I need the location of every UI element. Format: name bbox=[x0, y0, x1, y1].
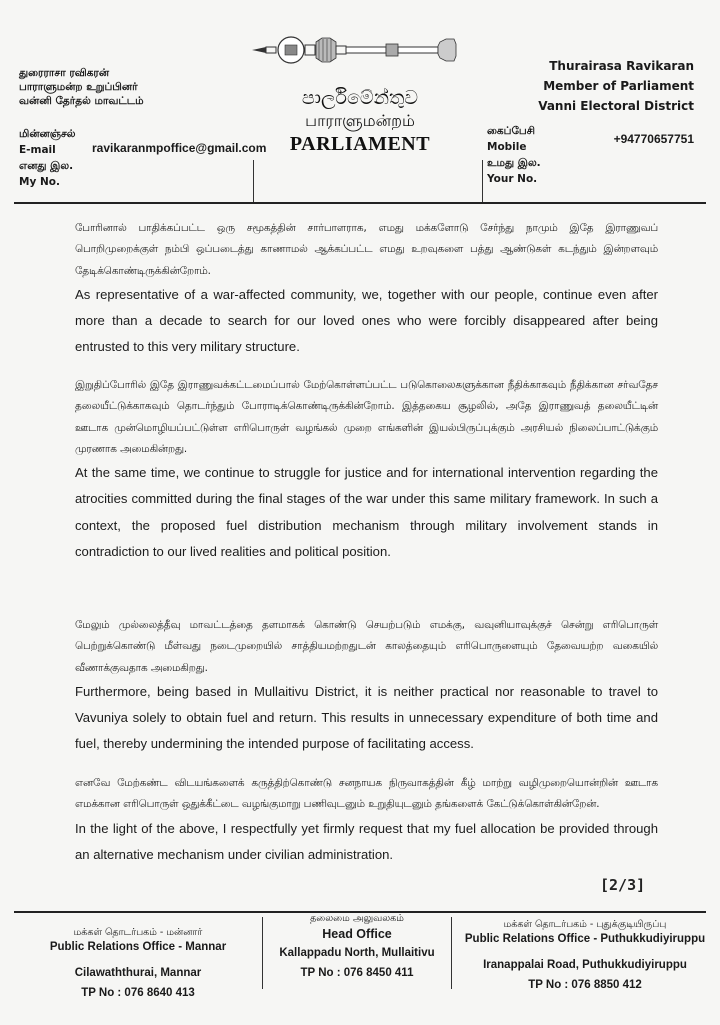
office-phone[interactable]: TP No : 076 8450 411 bbox=[262, 963, 452, 983]
mobile-label: Mobile bbox=[487, 140, 541, 156]
contact-labels-right: கைப்பேசி Mobile உமது இல. Your No. bbox=[487, 124, 541, 188]
parliament-title: පාර්ලිමේන්තුව பாராளுமன்றம் PARLIAMENT bbox=[270, 86, 450, 156]
mp-details-tamil: துரைராசா ரவிகரன் பாராளுமன்ற உறுப்பினர் வ… bbox=[19, 66, 144, 108]
mobile-label-tamil: கைப்பேசி bbox=[487, 124, 541, 140]
office-title-tamil: மக்கள் தொடர்பகம் - புதுக்குடியிருப்பு bbox=[452, 918, 718, 932]
your-no-label-tamil: உமது இல. bbox=[487, 156, 541, 172]
office-title: Public Relations Office - Puthukkudiyiru… bbox=[452, 932, 718, 947]
header-rule bbox=[14, 202, 706, 204]
email-label-tamil: மின்னஞ்சல் bbox=[19, 127, 76, 143]
paragraph-2-english: At the same time, we continue to struggl… bbox=[75, 460, 658, 565]
paragraph-4: எனவே மேற்கண்ட விடயங்களைக் கருத்திற்கொண்ட… bbox=[75, 773, 658, 868]
paragraph-1-tamil: போரினால் பாதிக்கப்பட்ட ஒரு சமூகத்தின் சா… bbox=[75, 218, 658, 282]
mp-district-tamil: வன்னி தேர்தல் மாவட்டம் bbox=[19, 94, 144, 108]
office-title-tamil: தலைமை அலுவலகம் bbox=[262, 912, 452, 926]
paragraph-1-english: As representative of a war-affected comm… bbox=[75, 282, 658, 361]
parliament-title-sinhala: පාර්ලිමේන්තුව bbox=[270, 86, 450, 110]
mp-name-english: Thurairasa Ravikaran bbox=[538, 56, 694, 76]
paragraph-3-english: Furthermore, being based in Mullaitivu D… bbox=[75, 679, 658, 758]
parliament-title-tamil: பாராளுமன்றம் bbox=[270, 110, 450, 132]
paragraph-3: மேலும் முல்லைத்தீவு மாவட்டத்தை தளமாகக் க… bbox=[75, 615, 658, 758]
paragraph-4-tamil: எனவே மேற்கண்ட விடயங்களைக் கருத்திற்கொண்ட… bbox=[75, 773, 658, 816]
header-divider-left bbox=[253, 160, 254, 202]
parliament-title-english: PARLIAMENT bbox=[270, 132, 450, 156]
paragraph-1: போரினால் பாதிக்கப்பட்ட ஒரு சமூகத்தின் சா… bbox=[75, 218, 658, 361]
your-no-label: Your No. bbox=[487, 172, 541, 188]
office-title: Public Relations Office - Mannar bbox=[18, 940, 258, 955]
office-address: Iranappalai Road, Puthukkudiyiruppu bbox=[452, 955, 718, 975]
footer-office-head: தலைமை அலுவலகம் Head Office Kallappadu No… bbox=[262, 912, 452, 983]
header-divider-right bbox=[482, 160, 483, 202]
contact-labels-left: மின்னஞ்சல் E-mail எனது இல. My No. bbox=[19, 127, 76, 191]
mp-role-tamil: பாராளுமன்ற உறுப்பினர் bbox=[19, 80, 144, 94]
office-phone[interactable]: TP No : 076 8640 413 bbox=[18, 983, 258, 1003]
office-title: Head Office bbox=[262, 926, 452, 943]
office-phone[interactable]: TP No : 076 8850 412 bbox=[452, 975, 718, 995]
page-number: [2/3] bbox=[600, 876, 645, 894]
paragraph-3-tamil: மேலும் முல்லைத்தீவு மாவட்டத்தை தளமாகக் க… bbox=[75, 615, 658, 679]
my-no-label: My No. bbox=[19, 175, 76, 191]
mp-details-english: Thurairasa Ravikaran Member of Parliamen… bbox=[538, 56, 694, 116]
email-address[interactable]: ravikaranmpoffice@gmail.com bbox=[92, 141, 266, 155]
paragraph-2-tamil: இறுதிப்போரில் இதே இராணுவக்கட்டமைப்பால் ம… bbox=[75, 375, 658, 460]
office-address: Kallappadu North, Mullaitivu bbox=[262, 943, 452, 963]
email-label: E-mail bbox=[19, 143, 76, 159]
my-no-label-tamil: எனது இல. bbox=[19, 159, 76, 175]
mp-district-english: Vanni Electoral District bbox=[538, 96, 694, 116]
mp-role-english: Member of Parliament bbox=[538, 76, 694, 96]
footer-office-puthukkudiyiruppu: மக்கள் தொடர்பகம் - புதுக்குடியிருப்பு Pu… bbox=[452, 912, 718, 995]
parliament-mace-icon bbox=[250, 36, 460, 64]
paragraph-2: இறுதிப்போரில் இதே இராணுவக்கட்டமைப்பால் ம… bbox=[75, 375, 658, 565]
office-title-tamil: மக்கள் தொடர்பகம் - மன்னார் bbox=[18, 926, 258, 940]
paragraph-4-english: In the light of the above, I respectfull… bbox=[75, 816, 658, 869]
letter-page: துரைராசா ரவிகரன் பாராளுமன்ற உறுப்பினர் வ… bbox=[0, 0, 720, 1025]
office-address: Cilawaththurai, Mannar bbox=[18, 963, 258, 983]
mp-name-tamil: துரைராசா ரவிகரன் bbox=[19, 66, 144, 80]
footer-office-mannar: மக்கள் தொடர்பகம் - மன்னார் Public Relati… bbox=[18, 912, 258, 1003]
mobile-number[interactable]: +94770657751 bbox=[614, 132, 694, 146]
